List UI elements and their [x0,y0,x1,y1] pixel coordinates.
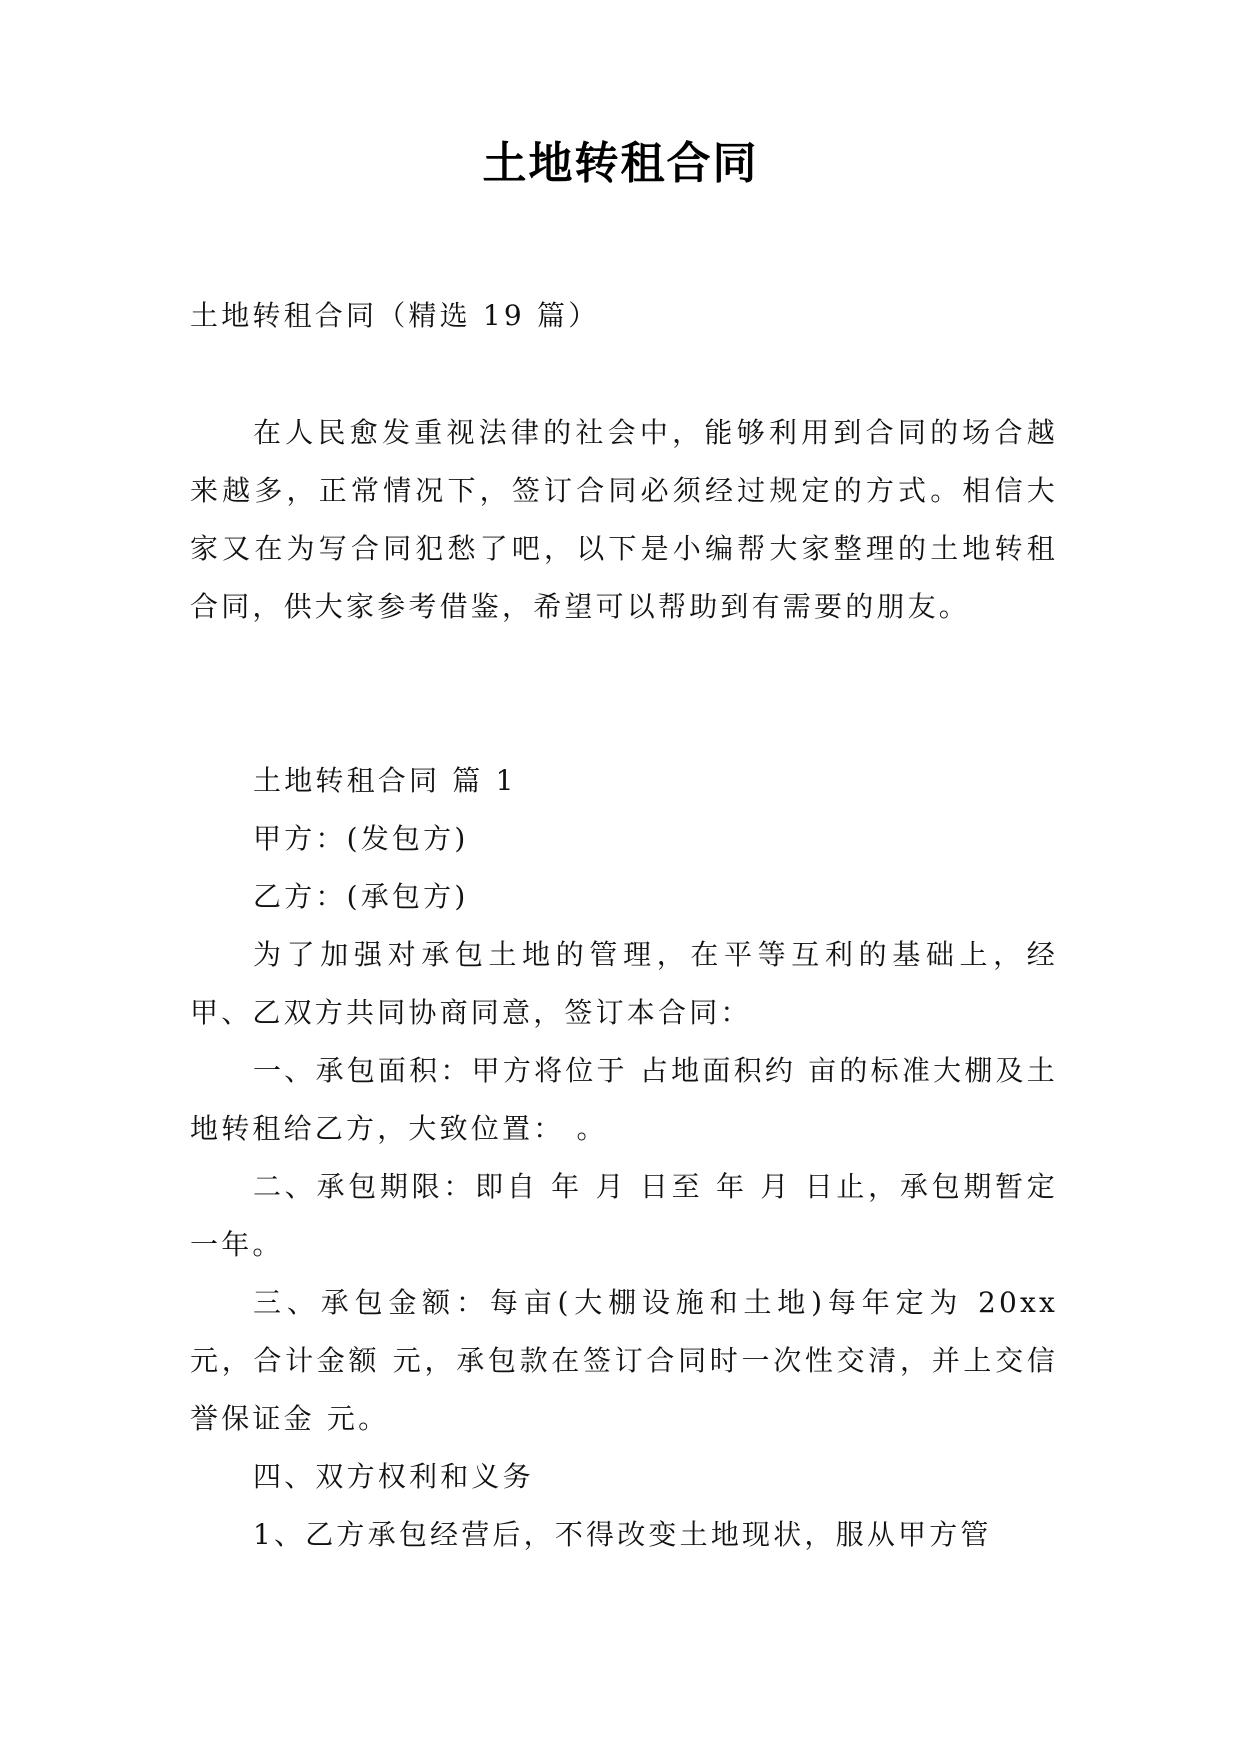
document-subtitle: 土地转租合同（精选 19 篇） [190,287,599,345]
clause-amount-paragraph: 三、承包金额：每亩(大棚设施和土地)每年定为 20xx 元，合计金额 元，承包款… [190,1274,1058,1448]
party-a-line: 甲方：(发包方) [190,810,1058,868]
clause-rights-item-1: 1、乙方承包经营后，不得改变土地现状，服从甲方管 [190,1506,1058,1564]
clause-rights-heading: 四、双方权利和义务 [190,1448,1058,1506]
contract-section: 土地转租合同 篇 1 甲方：(发包方) 乙方：(承包方) 为了加强对承包土地的管… [190,752,1058,1564]
intro-block: 在人民愈发重视法律的社会中，能够利用到合同的场合越来越多，正常情况下，签订合同必… [190,404,1058,636]
clause-area-paragraph: 一、承包面积：甲方将位于 占地面积约 亩的标准大棚及土地转租给乙方，大致位置： … [190,1042,1058,1158]
section-heading: 土地转租合同 篇 1 [190,752,1058,810]
party-b-line: 乙方：(承包方) [190,868,1058,926]
intro-paragraph: 在人民愈发重视法律的社会中，能够利用到合同的场合越来越多，正常情况下，签订合同必… [190,404,1058,636]
document-title: 土地转租合同 [0,136,1241,192]
preamble-paragraph: 为了加强对承包土地的管理，在平等互利的基础上，经甲、乙双方共同协商同意，签订本合… [190,926,1058,1042]
clause-term-paragraph: 二、承包期限：即自 年 月 日至 年 月 日止，承包期暂定一年。 [190,1158,1058,1274]
document-page: 土地转租合同 土地转租合同（精选 19 篇） 在人民愈发重视法律的社会中，能够利… [0,0,1241,1754]
